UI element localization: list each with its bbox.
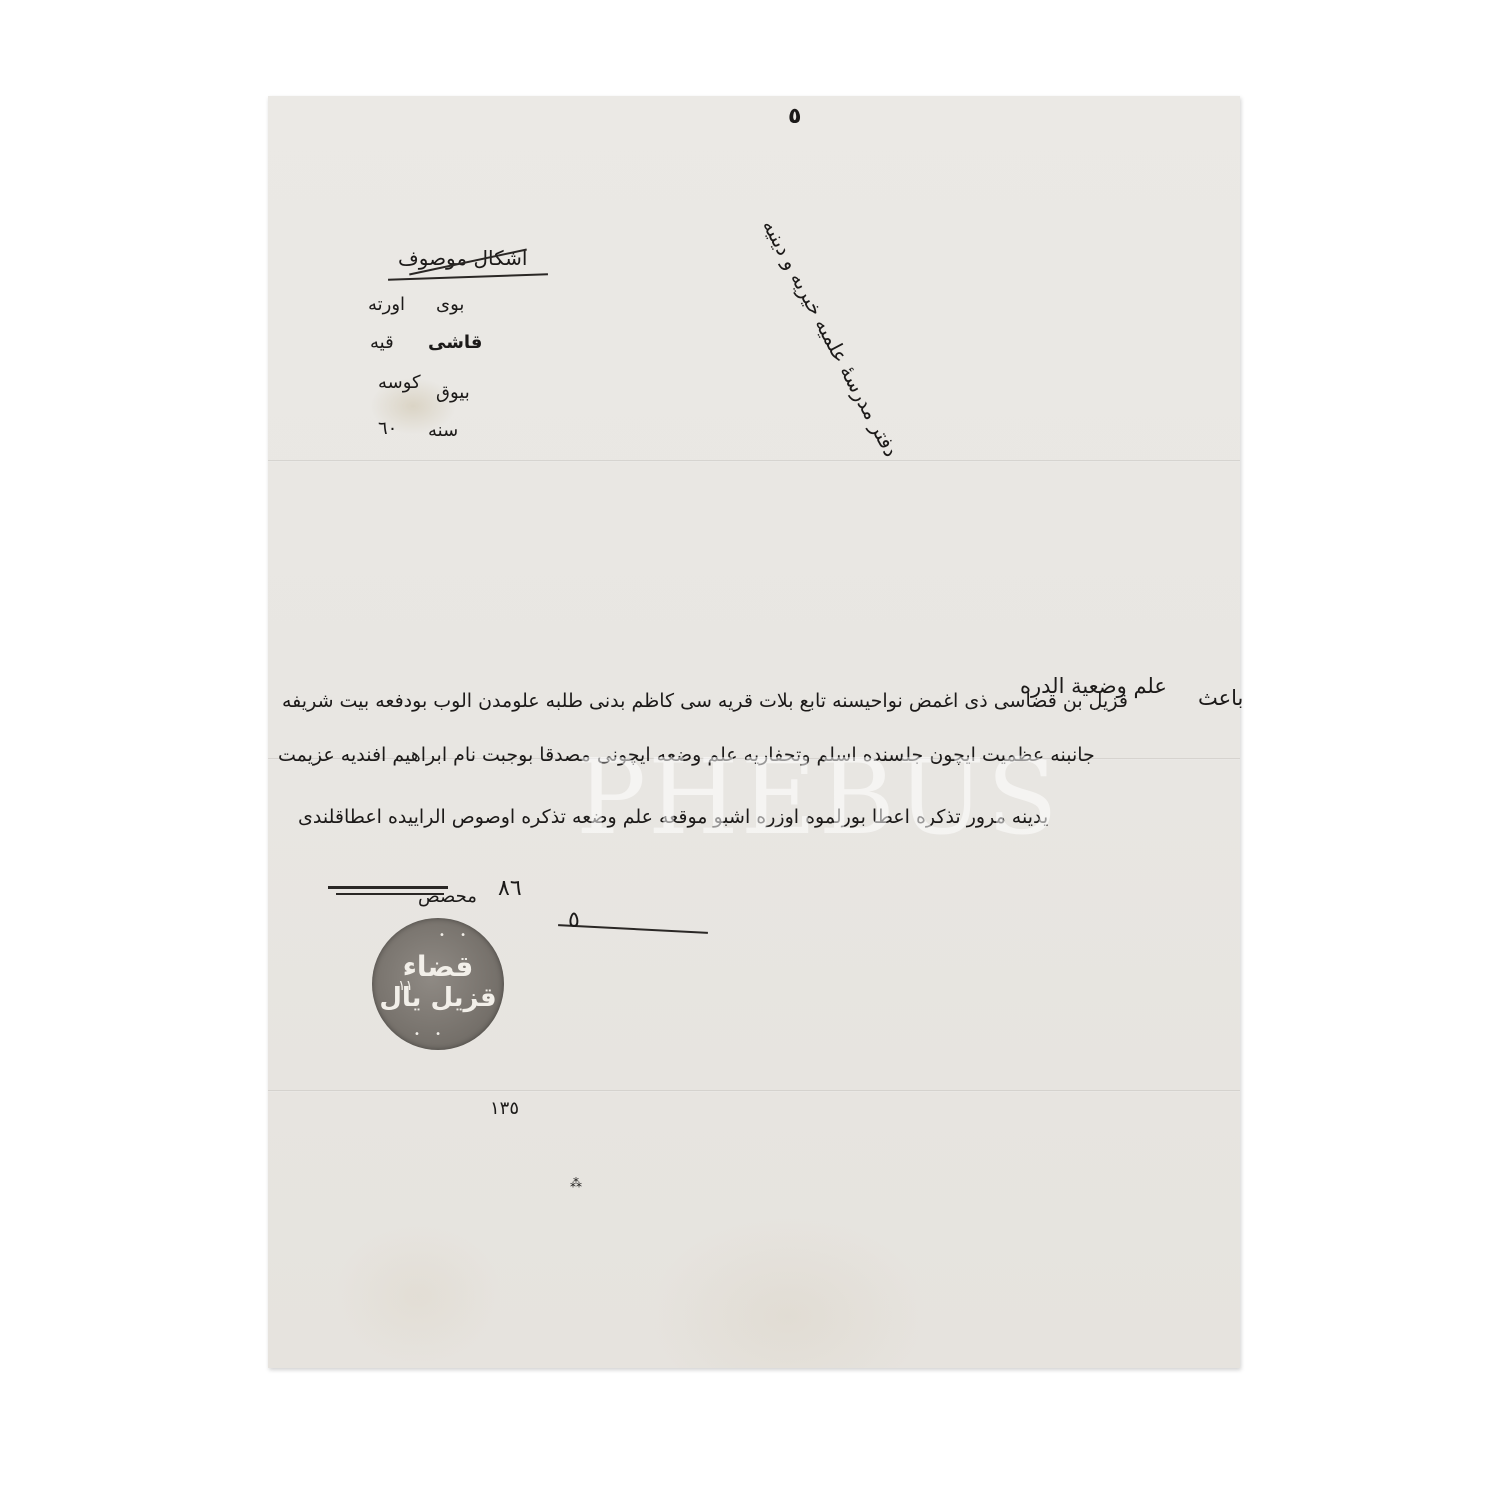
fold-line [268,460,1240,462]
ledger-row-value: کوسه [378,372,421,393]
ledger-row-value: قیه [370,332,394,353]
ledger-title: اشکال موصوف [398,246,527,270]
seal-text-line-1: قضاء [403,950,474,983]
ledger-row-label: سنه [428,420,458,441]
rotated-heading: دفتر مدرسۀ علمیه خیریه و دینیه [758,215,904,460]
seal-text-line-2: قزیل یال [379,983,496,1013]
salutation: باعث [1198,686,1243,710]
body-line: جانبنه عظمیت ایچون جلسنده اسلم وتحفاریه … [278,744,1095,766]
body-line: یدینه مرور تذکره اعطا بورلموه اوزره اشبو… [298,806,1048,828]
signature-text: محصص [418,886,477,907]
ledger-row-label: بیوق [436,382,470,403]
fold-line [268,1090,1240,1092]
date-year: ٨٦ [498,876,522,901]
seal-year: ١١ [398,978,413,994]
date-flourish [558,924,708,934]
seal-dots: • • [414,1029,447,1040]
seal-dots: • • [439,930,472,941]
document-paper: ٥ دفتر مدرسۀ علمیه خیریه و دینیه اشکال م… [268,96,1240,1368]
ledger-row-value: اورته [368,294,405,315]
ledger-row-label: بوی [436,294,464,315]
body-line: قزیل بن قضاسی ذی اغمض نواحیسنه تابع بلات… [282,690,1128,712]
page-number: ٥ [788,104,801,129]
official-seal: • • قضاء قزیل یال ١١ • • [372,918,504,1050]
date-day: ٥ [568,908,580,933]
margin-mark: ١٣٥ [490,1098,519,1119]
ink-spot: ⁂ [570,1176,582,1190]
ledger-row-value: ٦٠ [378,418,397,439]
ledger-row-label: قاشی [428,332,482,353]
